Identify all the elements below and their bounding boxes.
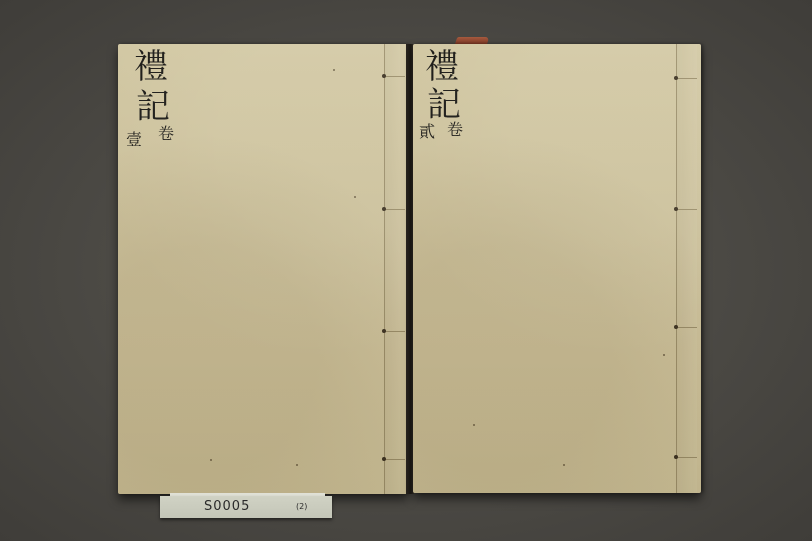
photo-stage: 禮 記 卷 壹 禮 記 卷 貳	[0, 0, 812, 541]
stitch-hole	[382, 74, 386, 78]
juan-label: 卷	[447, 122, 463, 138]
stitch-hole	[674, 76, 678, 80]
volume-numeral: 貳	[419, 124, 435, 140]
stitched-spine	[384, 44, 405, 494]
stitch-hole	[382, 329, 386, 333]
stitch-hole	[674, 325, 678, 329]
book-volume-1: 禮 記 卷 壹	[118, 44, 408, 494]
title-label: 禮 記 卷 壹	[118, 44, 198, 164]
catalog-count: (2)	[296, 502, 307, 511]
title-label: 禮 記 卷 貳	[413, 44, 493, 164]
catalog-label: S0005 (2)	[160, 496, 332, 518]
stitched-spine	[676, 44, 697, 493]
book-volume-2: 禮 記 卷 貳	[413, 44, 701, 493]
stitch-hole	[382, 207, 386, 211]
stitch-hole	[382, 457, 386, 461]
title-char-ji: 記	[136, 90, 170, 124]
catalog-code: S0005	[204, 499, 250, 514]
title-char-ji: 記	[427, 88, 461, 122]
title-char-li: 禮	[134, 50, 168, 84]
stitch-hole	[674, 455, 678, 459]
juan-label: 卷	[158, 126, 174, 142]
volume-numeral: 壹	[126, 132, 142, 148]
title-char-li: 禮	[425, 50, 459, 84]
stitch-hole	[674, 207, 678, 211]
